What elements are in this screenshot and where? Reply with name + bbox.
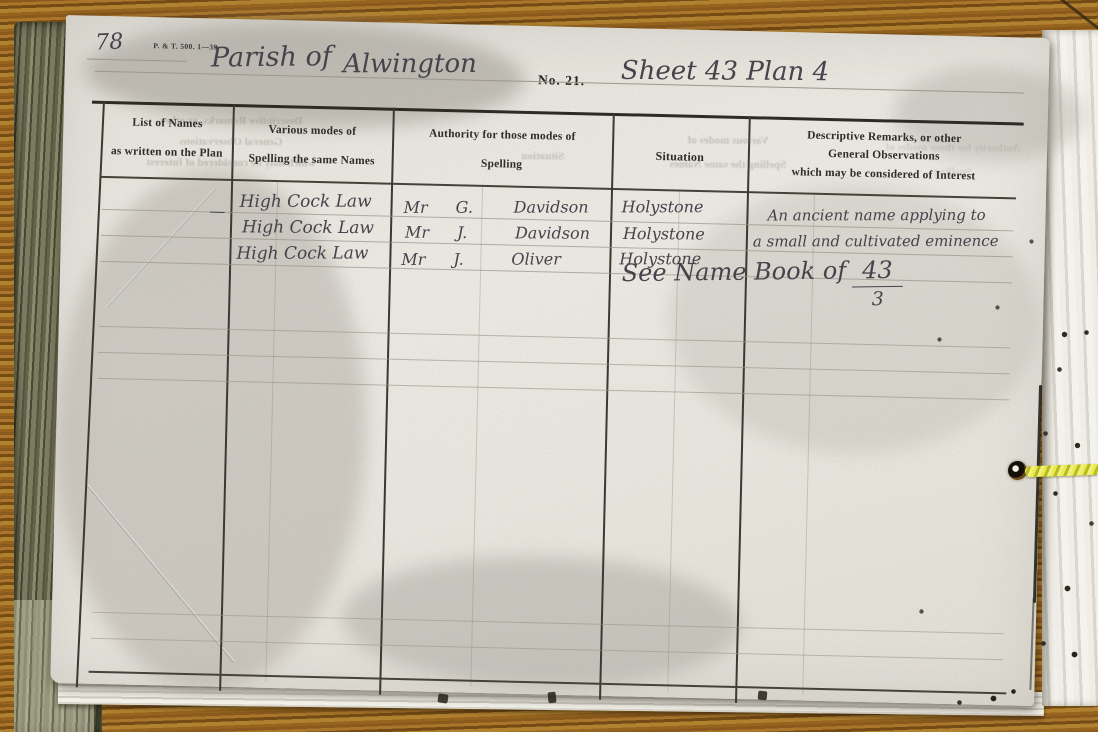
page-number: 78 [95,29,124,55]
paper-crease [106,188,215,308]
authority-title: Mr [405,223,457,242]
spelling-entry: High Cock Law [236,243,368,263]
paper-crease [86,484,234,662]
authority-place: Holystone [622,197,704,216]
see-note-text: See Name Book of [622,257,847,288]
see-name-book-note: See Name Book of 43 3 [622,256,904,313]
ink-specks [0,0,3,3]
authority-surname: Davidson [514,197,622,216]
authority-initial: J. [457,223,515,242]
name-book-number: 43 [852,256,903,288]
paper-stain [340,552,743,691]
photo-scene: 78 P. & T. 500. 1—39. Parish of Alwingto… [0,0,1098,732]
column-header-situation: Situation [613,146,747,168]
parish-name: Alwington [343,49,477,79]
authority-place: Holystone [623,224,705,244]
sheet-plan-handwritten: Sheet 43 Plan 4 [621,56,829,87]
remarks-line-1: An ancient name applying to [767,206,985,225]
name-book-denominator: 3 [872,288,884,310]
column-divider [219,104,234,691]
column-header-remarks: Descriptive Remarks, or other General Ob… [750,125,1017,186]
parish-label-handwritten: Parish of [211,41,332,73]
page-edge-notch [437,693,448,703]
authority-surname: Davidson [515,223,623,243]
column-header-spelling: Various modes of Spelling the same Names [232,115,391,176]
authority-surname: Oliver [511,249,619,268]
page-edge-notch [547,692,556,704]
authority-entry: Mr G. Davidson Holystone [404,197,704,217]
register-page: 78 P. & T. 500. 1—39. Parish of Alwingto… [50,15,1049,706]
page-right-edges [1042,30,1098,706]
remarks-line-2: a small and cultivated eminence [753,232,999,251]
list-column-mark: — [209,201,225,220]
table-left-border [76,101,105,687]
name-book-fraction: 43 3 [852,256,903,311]
column-divider [735,116,750,703]
authority-title: Mr [404,198,456,217]
authority-initial: J. [453,250,511,269]
authority-entry: Mr J. Davidson Holystone [405,223,705,244]
spelling-entry: High Cock Law [240,192,372,212]
authority-initial: G. [456,198,514,217]
column-header-authority: Authority for those modes of Spelling [392,119,611,182]
spelling-entry: High Cock Law [242,217,374,238]
authority-title: Mr [401,250,453,269]
page-edge-notch [758,691,768,701]
column-header-names: List of Names as written on the Plan [102,108,231,168]
column-divider [379,108,394,695]
